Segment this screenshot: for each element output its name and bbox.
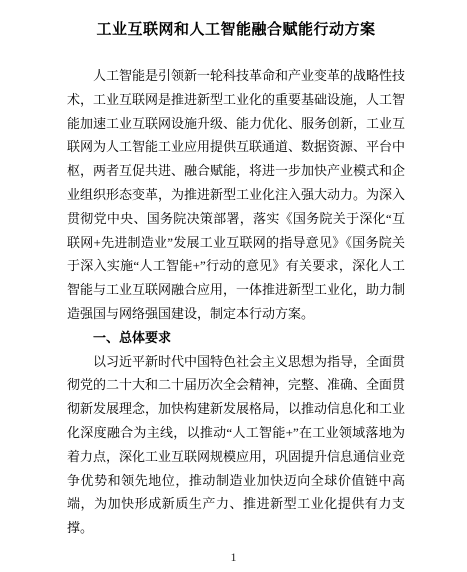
paragraph-guiding-principles: 以习近平新时代中国特色社会主义思想为指导，全面贯彻党的二十大和二十届历次全会精神… (67, 350, 405, 540)
paragraph-intro: 人工智能是引领新一轮科技革命和产业变革的战略性技术，工业互联网是推进新型工业化的… (67, 64, 405, 326)
document-title: 工业互联网和人工智能融合赋能行动方案 (67, 18, 405, 42)
page-number: 1 (0, 550, 467, 564)
document-page: 工业互联网和人工智能融合赋能行动方案 人工智能是引领新一轮科技革命和产业变革的战… (0, 0, 467, 572)
section-heading-overall-requirements: 一、总体要求 (67, 326, 405, 350)
